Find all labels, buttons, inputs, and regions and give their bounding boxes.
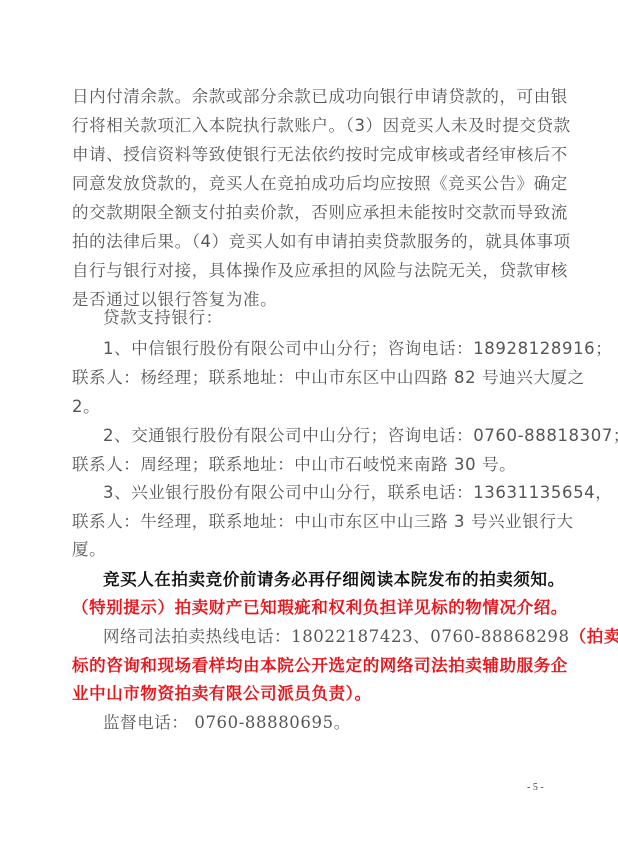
bank-2-line: 2、交通银行股份有限公司中山分行；咨询电话：0760-88818307； <box>103 426 583 446</box>
paragraph-line: 是否通过以银行答复为准。 <box>72 290 552 310</box>
hotline-line: 网络司法拍卖热线电话：18022187423、0760-88868298（拍卖 <box>103 627 583 647</box>
bank-1-line: 1、中信银行股份有限公司中山分行；咨询电话：18928128916； <box>103 339 583 359</box>
paragraph-line: 申请、授信资料等致使银行无法依约按时完成审核或者经审核后不 <box>72 145 552 165</box>
bank-2-line: 联系人：周经理；联系地址：中山市石岐悦来南路 30 号。 <box>72 455 552 475</box>
hotline-red-start: （拍卖 <box>570 627 618 646</box>
banks-heading: 贷款支持银行： <box>103 308 583 328</box>
page-number: - 5 - <box>527 782 544 793</box>
hotline-red-line: 标的咨询和现场看样均由本院公开选定的网络司法拍卖辅助服务企 <box>72 656 552 676</box>
paragraph-line: 同意发放贷款的，竞买人在竞拍成功后均应按照《竞买公告》确定 <box>72 174 552 194</box>
paragraph-line: 行将相关款项汇入本院执行款账户。（3）因竞买人未及时提交贷款 <box>72 116 552 136</box>
supervision-phone: 监督电话： 0760-88880695。 <box>103 713 583 733</box>
paragraph-line: 的交款期限全额支付拍卖价款，否则应承担未能按时交款而导致流 <box>72 203 552 223</box>
paragraph-line: 拍的法律后果。（4）竞买人如有申请拍卖贷款服务的，就具体事项 <box>72 232 552 252</box>
bank-3-line: 厦。 <box>72 540 552 560</box>
hotline-red-line: 业中山市物资拍卖有限公司派员负责）。 <box>72 684 552 704</box>
notice-bold: 竞买人在拍卖竞价前请务必再仔细阅读本院发布的拍卖须知。 <box>103 570 583 590</box>
paragraph-line: 自行与银行对接，具体操作及应承担的风险与法院无关，贷款审核 <box>72 261 552 281</box>
bank-1-line: 联系人：杨经理；联系地址：中山市东区中山四路 82 号迪兴大厦之 <box>72 368 552 388</box>
bank-3-line: 3、兴业银行股份有限公司中山分行，联系电话：13631135654， <box>103 483 583 503</box>
hotline-text: 网络司法拍卖热线电话：18022187423、0760-88868298 <box>103 627 570 646</box>
paragraph-line: 日内付清余款。余款或部分余款已成功向银行申请贷款的，可由银 <box>72 87 552 107</box>
document-page: 日内付清余款。余款或部分余款已成功向银行申请贷款的，可由银 行将相关款项汇入本院… <box>0 0 618 852</box>
bank-3-line: 联系人：牛经理，联系地址：中山市东区中山三路 3 号兴业银行大 <box>72 512 552 532</box>
special-notice: （特别提示）拍卖财产已知瑕疵和权利负担详见标的物情况介绍。 <box>72 598 552 618</box>
bank-1-line: 2。 <box>72 397 552 417</box>
